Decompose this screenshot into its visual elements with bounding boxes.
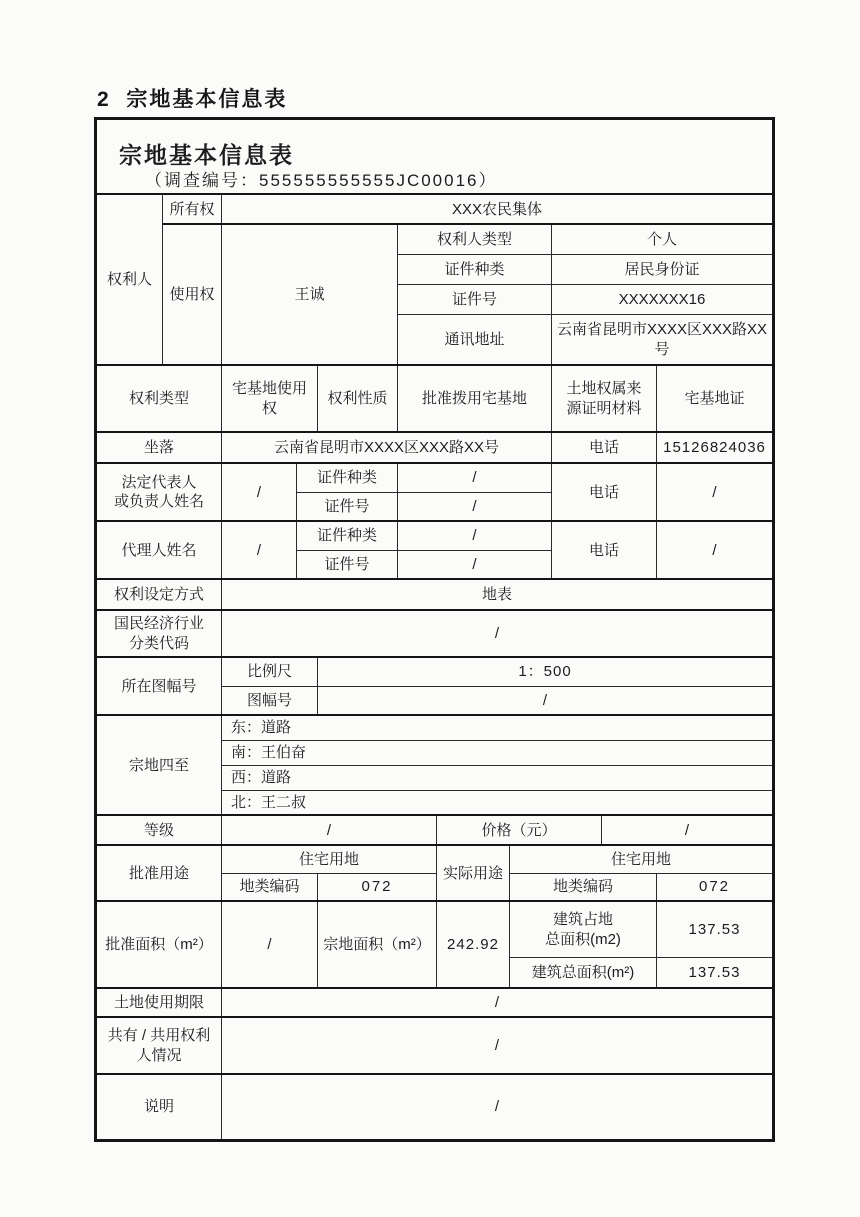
building-footprint-value: 137.53 [657,901,774,957]
approved-area-value: / [222,901,318,988]
holder-id-no-value: XXXXXXX16 [552,284,774,314]
legal-rep-id-type-value: / [398,463,552,492]
holder-id-no-label: 证件号 [398,284,552,314]
agent-phone-value: / [657,521,774,579]
approved-area-row-1: 批准面积（m²） / 宗地面积（m²） 242.92 建筑占地 总面积(m2) … [96,901,774,957]
location-phone-value: 15126824036 [657,432,774,463]
agent-id-type-value: / [398,521,552,550]
parcel-area-value: 242.92 [437,901,510,988]
shared-rights-label: 共有 / 共用权利 人情况 [96,1017,222,1074]
setting-mode-value: 地表 [222,579,774,610]
approved-use-code-label: 地类编码 [222,873,318,901]
title-row: 宗地基本信息表 （调查编号：555555555555JC00016） [96,119,774,195]
notes-row: 说明 / [96,1074,774,1140]
boundaries-label: 宗地四至 [96,715,222,815]
map-scale-label: 比例尺 [222,657,318,686]
building-footprint-label: 建筑占地 总面积(m2) [510,901,657,957]
map-sheet-label: 所在图幅号 [96,657,222,715]
price-label: 价格（元） [437,815,602,845]
land-term-label: 土地使用期限 [96,988,222,1017]
agent-id-no-label: 证件号 [297,550,398,579]
holder-id-type-label: 证件种类 [398,254,552,284]
building-total-value: 137.53 [657,957,774,988]
use-right-label: 使用权 [163,224,222,365]
industry-code-label: 国民经济行业 分类代码 [96,610,222,657]
right-nature-label: 权利性质 [318,365,398,432]
survey-number: （调查编号：555555555555JC00016） [145,171,498,190]
agent-row-1: 代理人姓名 / 证件种类 / 电话 / [96,521,774,550]
actual-use-label: 实际用途 [437,845,510,901]
approved-use-code: 072 [318,873,437,901]
location-value: 云南省昆明市XXXX区XXX路XX号 [222,432,552,463]
table-title-cell: 宗地基本信息表 （调查编号：555555555555JC00016） [96,119,774,195]
legal-rep-id-no-value: / [398,492,552,521]
boundary-north: 北：王二叔 [222,790,774,815]
shared-rights-value: / [222,1017,774,1074]
notes-value: / [222,1074,774,1140]
map-scale-value: 1：500 [318,657,774,686]
actual-use-code: 072 [657,873,774,901]
right-type-label: 权利类型 [96,365,222,432]
agent-phone-label: 电话 [552,521,657,579]
setting-mode-label: 权利设定方式 [96,579,222,610]
parcel-area-label: 宗地面积（m²） [318,901,437,988]
grade-row: 等级 / 价格（元） / [96,815,774,845]
holder-type-value: 个人 [552,224,774,254]
approved-use-label: 批准用途 [96,845,222,901]
table-title: 宗地基本信息表 [119,142,294,168]
legal-rep-phone-value: / [657,463,774,521]
land-term-value: / [222,988,774,1017]
building-total-label: 建筑总面积(m²) [510,957,657,988]
right-type-row: 权利类型 宅基地使用 权 权利性质 批准拨用宅基地 土地权属来 源证明材料 宅基… [96,365,774,432]
industry-code-row: 国民经济行业 分类代码 / [96,610,774,657]
holder-type-row: 使用权 王诚 权利人类型 个人 [96,224,774,254]
legal-rep-label: 法定代表人 或负责人姓名 [96,463,222,521]
location-row: 坐落 云南省昆明市XXXX区XXX路XX号 电话 15126824036 [96,432,774,463]
agent-id-type-label: 证件种类 [297,521,398,550]
holder-address-label: 通讯地址 [398,314,552,365]
legal-rep-phone-label: 电话 [552,463,657,521]
approved-use-row-1: 批准用途 住宅用地 实际用途 住宅用地 [96,845,774,873]
agent-label: 代理人姓名 [96,521,222,579]
ownership-label: 所有权 [163,194,222,224]
approved-use-value: 住宅用地 [222,845,437,873]
rights-holder-label: 权利人 [96,194,163,365]
holder-type-label: 权利人类型 [398,224,552,254]
legal-rep-name: / [222,463,297,521]
holder-id-type-value: 居民身份证 [552,254,774,284]
ownership-row: 权利人 所有权 XXX农民集体 [96,194,774,224]
agent-name: / [222,521,297,579]
ownership-source-label: 土地权属来 源证明材料 [552,365,657,432]
legal-rep-id-no-label: 证件号 [297,492,398,521]
shared-rights-row: 共有 / 共用权利 人情况 / [96,1017,774,1074]
document-page: 2 宗地基本信息表 宗地基本信息表 （调查编号：555555555555JC00… [0,0,860,1217]
use-right-name: 王诚 [222,224,398,365]
actual-use-code-label: 地类编码 [510,873,657,901]
land-term-row: 土地使用期限 / [96,988,774,1017]
actual-use-value: 住宅用地 [510,845,774,873]
right-nature-value: 批准拨用宅基地 [398,365,552,432]
boundary-east-row: 宗地四至 东：道路 [96,715,774,740]
holder-address-value: 云南省昆明市XXXX区XXX路XX号 [552,314,774,365]
parcel-info-table: 宗地基本信息表 （调查编号：555555555555JC00016） 权利人 所… [94,117,775,1142]
price-value: / [602,815,774,845]
right-type-value: 宅基地使用 权 [222,365,318,432]
boundary-east: 东：道路 [222,715,774,740]
legal-rep-row-1: 法定代表人 或负责人姓名 / 证件种类 / 电话 / [96,463,774,492]
boundary-south: 南：王伯奋 [222,740,774,765]
boundary-west: 西：道路 [222,765,774,790]
setting-mode-row: 权利设定方式 地表 [96,579,774,610]
legal-rep-id-type-label: 证件种类 [297,463,398,492]
grade-label: 等级 [96,815,222,845]
ownership-source-value: 宅基地证 [657,365,774,432]
location-label: 坐落 [96,432,222,463]
map-sheet-no-label: 图幅号 [222,686,318,715]
industry-code-value: / [222,610,774,657]
map-sheet-no-value: / [318,686,774,715]
page-heading: 2 宗地基本信息表 [97,83,287,113]
grade-value: / [222,815,437,845]
agent-id-no-value: / [398,550,552,579]
ownership-value: XXX农民集体 [222,194,774,224]
approved-area-label: 批准面积（m²） [96,901,222,988]
location-phone-label: 电话 [552,432,657,463]
map-scale-row: 所在图幅号 比例尺 1：500 [96,657,774,686]
notes-label: 说明 [96,1074,222,1140]
